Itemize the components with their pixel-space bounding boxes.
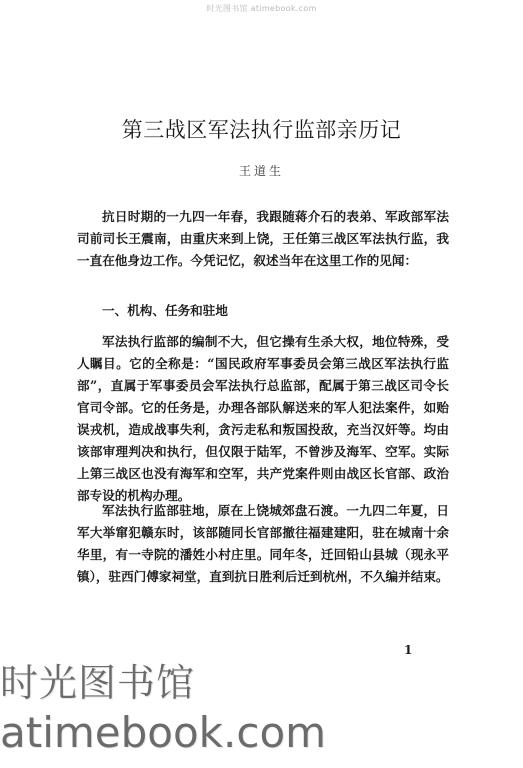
body-paragraph: 军法执行监部驻地，原在上饶城郊盘石渡。一九四二年夏，日军大举窜犯赣东时，该部随同… [77, 500, 449, 588]
intro-paragraph-block: 抗日时期的一九四一年春，我跟随蒋介石的表弟、军政部军法司前司长王震南，由重庆来到… [77, 206, 449, 272]
body-paragraph: 军法执行监部的编制不大，但它操有生杀大权，地位特殊，受人瞩目。它的全称是：“国民… [77, 331, 449, 507]
article-title: 第三战区军法执行监部亲历记 [0, 114, 523, 144]
section-paragraph-block-2: 军法执行监部驻地，原在上饶城郊盘石渡。一九四二年夏，日军大举窜犯赣东时，该部随同… [77, 500, 449, 588]
bottom-watermark: 时光图书馆 atimebook.com [0, 660, 326, 758]
intro-paragraph: 抗日时期的一九四一年春，我跟随蒋介石的表弟、军政部军法司前司长王震南，由重庆来到… [77, 206, 449, 272]
page-number: 1 [404, 643, 412, 657]
section-heading: 一、机构、任务和驻地 [102, 300, 228, 319]
watermark-chinese: 时光图书馆 [0, 660, 326, 706]
section-paragraph-block-1: 军法执行监部的编制不大，但它操有生杀大权，地位特殊，受人瞩目。它的全称是：“国民… [77, 331, 449, 507]
article-author: 王道生 [0, 162, 523, 179]
watermark-url: atimebook.com [0, 708, 326, 758]
top-watermark: 时光图书馆 atimebook.com [0, 3, 523, 14]
